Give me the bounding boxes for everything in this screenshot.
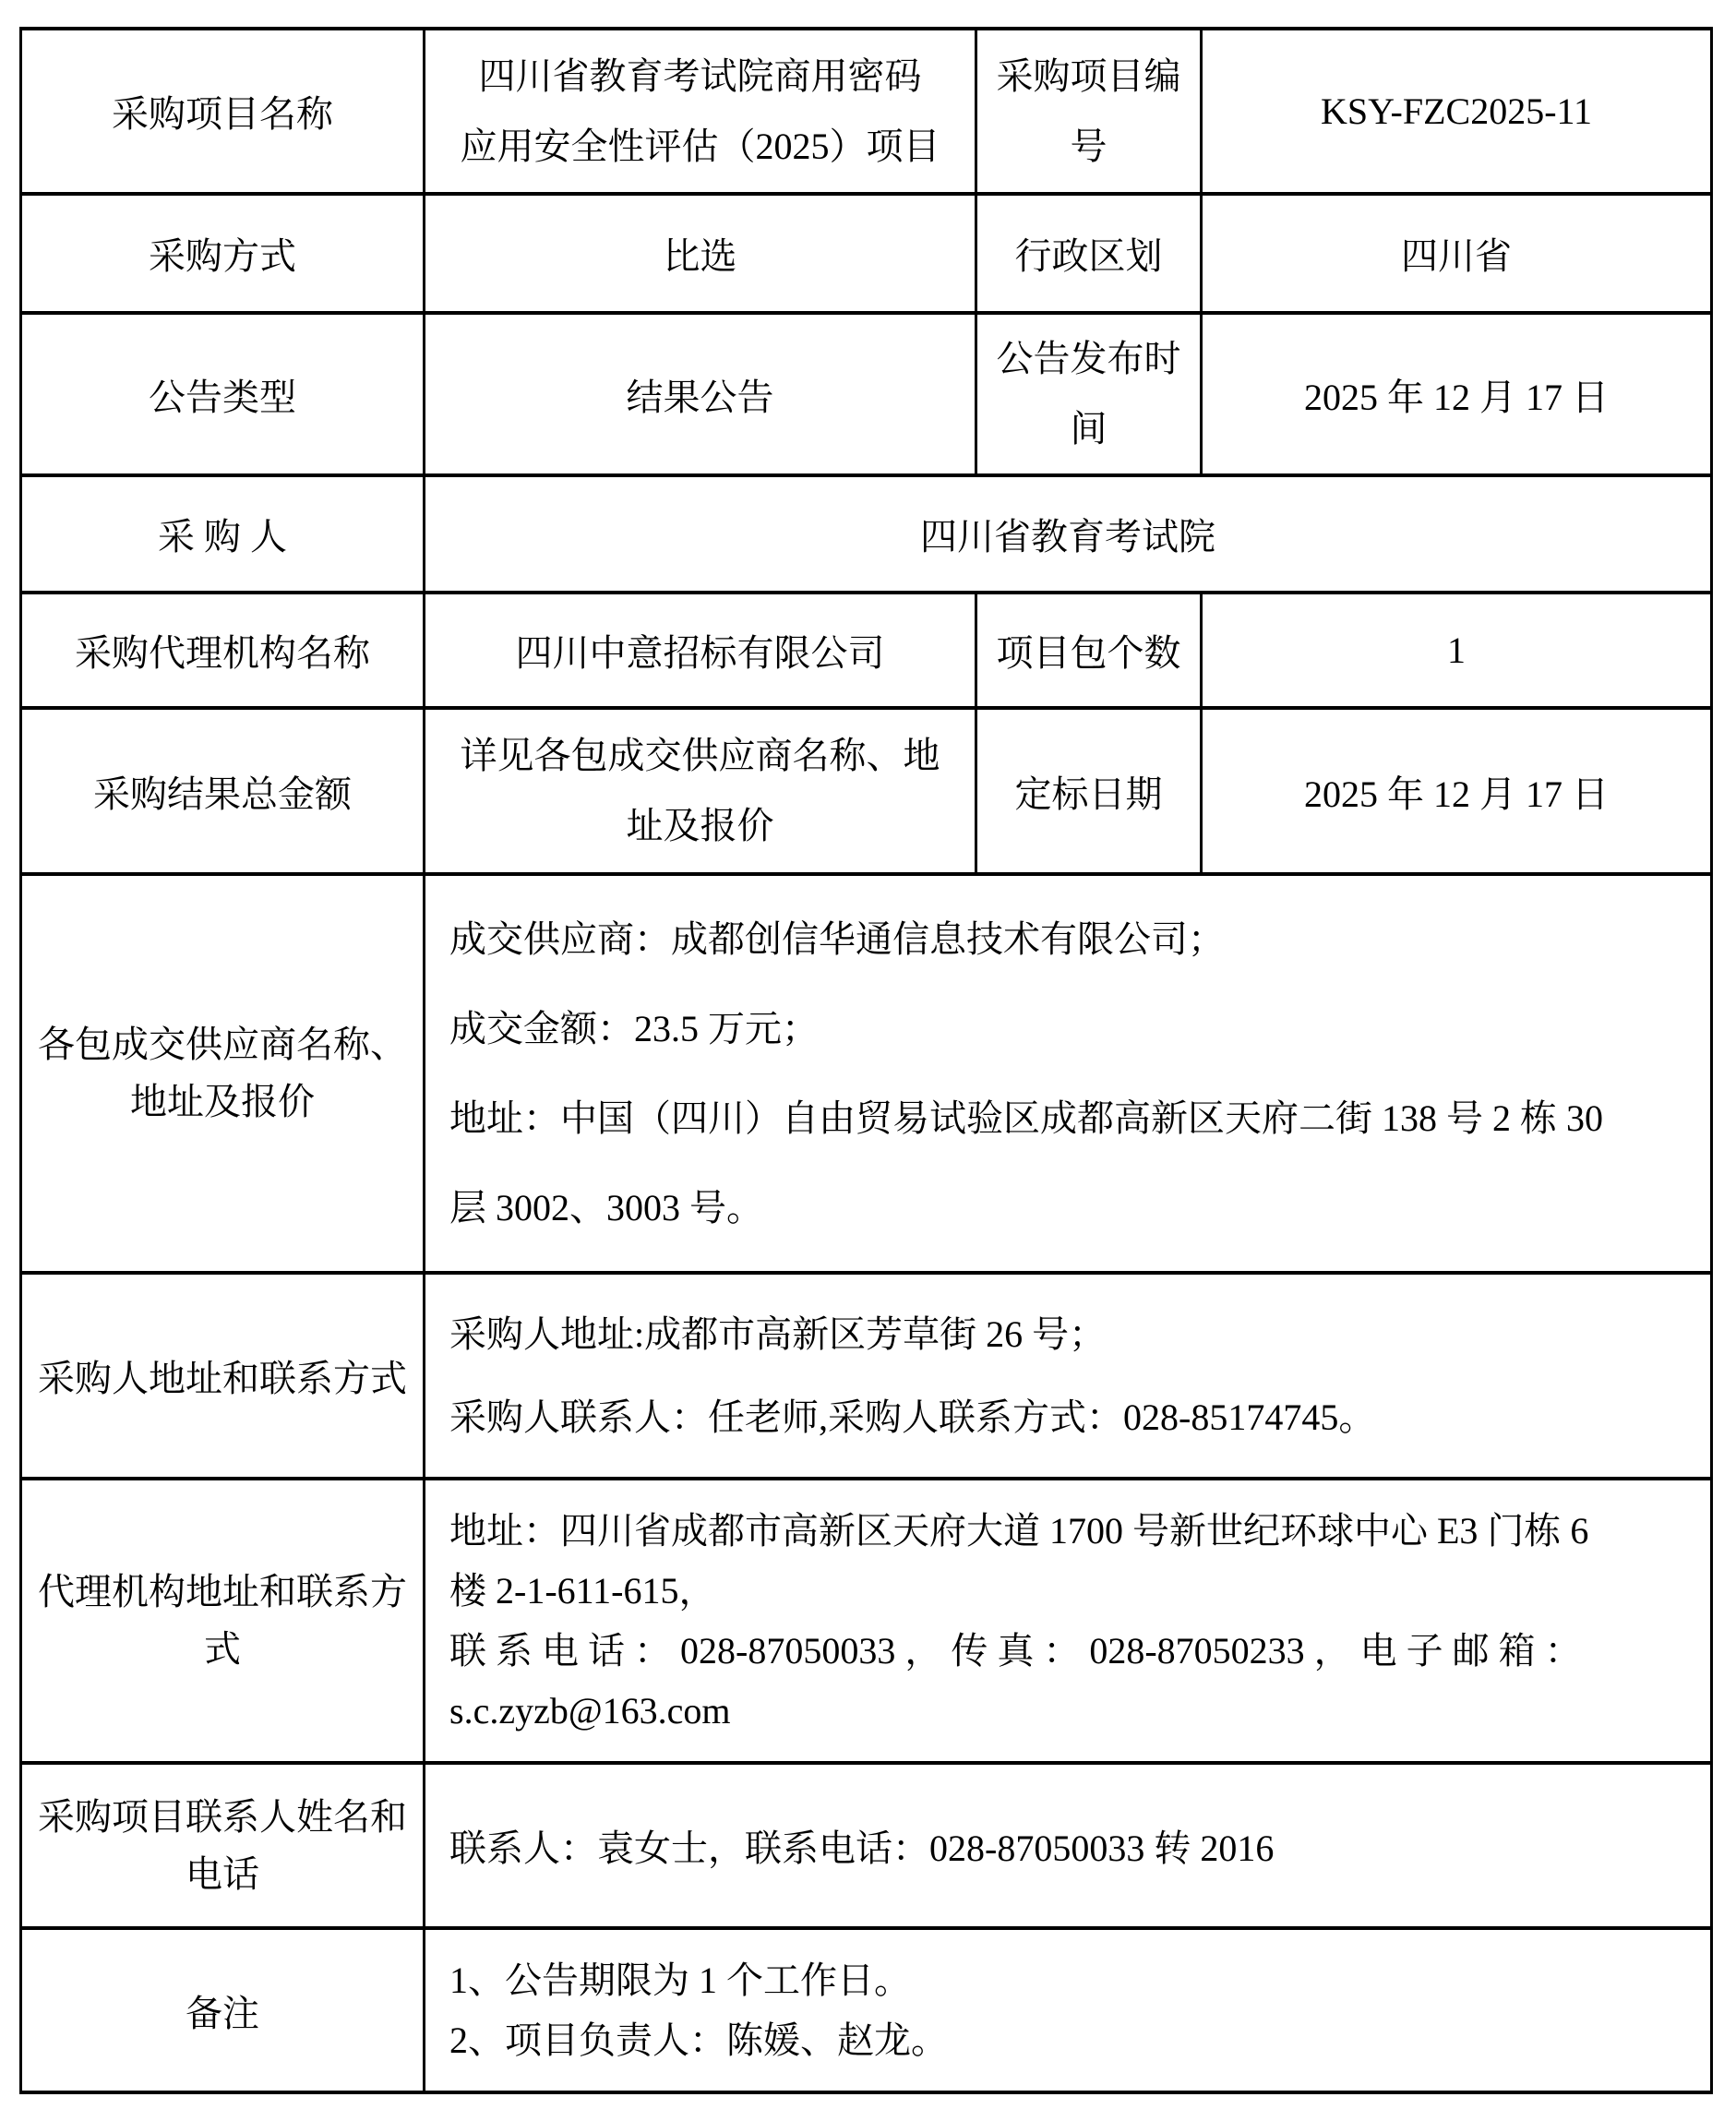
text-line: 采购项目联系人姓名和	[22, 1789, 423, 1846]
text-line: 联系人：袁女士，联系电话：028-87050033 转 2016	[449, 1819, 1699, 1872]
text-line: 成交金额：23.5 万元；	[449, 984, 1699, 1073]
text-line: 公告发布时	[977, 324, 1200, 394]
package-count-label: 项目包个数	[976, 593, 1202, 708]
agency-name-label: 采购代理机构名称	[21, 593, 425, 708]
table-row: 采购结果总金额 详见各包成交供应商名称、地 址及报价 定标日期 2025 年 1…	[21, 708, 1712, 874]
total-amount-value: 详见各包成交供应商名称、地 址及报价	[425, 708, 976, 874]
remarks-content: 1、公告期限为 1 个工作日。 2、项目负责人：陈媛、赵龙。	[425, 1928, 1712, 2092]
procurement-method-label: 采购方式	[21, 194, 425, 313]
purchaser-contact-content: 采购人地址:成都市高新区芳草街 26 号； 采购人联系人：任老师,采购人联系方式…	[425, 1273, 1712, 1479]
table-row: 各包成交供应商名称、 地址及报价 成交供应商：成都创信华通信息技术有限公司； 成…	[21, 874, 1712, 1273]
procurement-method-value: 比选	[425, 194, 976, 313]
project-contact-label: 采购项目联系人姓名和 电话	[21, 1763, 425, 1928]
table-row: 代理机构地址和联系方 式 地址：四川省成都市高新区天府大道 1700 号新世纪环…	[21, 1479, 1712, 1763]
table-row: 公告类型 结果公告 公告发布时 间 2025 年 12 月 17 日	[21, 313, 1712, 475]
text-line: 楼 2-1-611-615，	[449, 1561, 1699, 1621]
project-number-label: 采购项目编 号	[976, 29, 1202, 194]
project-number-value: KSY-FZC2025-11	[1202, 29, 1712, 194]
remarks-label: 备注	[21, 1928, 425, 2092]
text-line: 号	[977, 112, 1200, 182]
project-name-value: 四川省教育考试院商用密码 应用安全性评估（2025）项目	[425, 29, 976, 194]
procurement-result-table: 采购项目名称 四川省教育考试院商用密码 应用安全性评估（2025）项目 采购项目…	[19, 27, 1713, 2094]
text-line: 代理机构地址和联系方	[22, 1564, 423, 1621]
table-row: 采购方式 比选 行政区划 四川省	[21, 194, 1712, 313]
project-contact-content: 联系人：袁女士，联系电话：028-87050033 转 2016	[425, 1763, 1712, 1928]
table-row: 采购代理机构名称 四川中意招标有限公司 项目包个数 1	[21, 593, 1712, 708]
total-amount-label: 采购结果总金额	[21, 708, 425, 874]
package-count-value: 1	[1202, 593, 1712, 708]
agency-contact-label: 代理机构地址和联系方 式	[21, 1479, 425, 1763]
text-line: 式	[22, 1621, 423, 1678]
table-row: 采 购 人 四川省教育考试院	[21, 475, 1712, 593]
text-line: 2、项目负责人：陈媛、赵龙。	[449, 2010, 1699, 2070]
text-line: 联 系 电 话 ： 028-87050033 ， 传 真 ： 028-87050…	[449, 1621, 1699, 1681]
publish-date-value: 2025 年 12 月 17 日	[1202, 313, 1712, 475]
text-line: 电话	[22, 1846, 423, 1903]
text-line: 应用安全性评估（2025）项目	[425, 112, 975, 182]
text-line: 地址：中国（四川）自由贸易试验区成都高新区天府二街 138 号 2 栋 30	[449, 1073, 1699, 1163]
project-name-label: 采购项目名称	[21, 29, 425, 194]
text-line: 地址及报价	[22, 1073, 423, 1131]
table-row: 备注 1、公告期限为 1 个工作日。 2、项目负责人：陈媛、赵龙。	[21, 1928, 1712, 2092]
purchaser-label: 采 购 人	[21, 475, 425, 593]
purchaser-contact-label: 采购人地址和联系方式	[21, 1273, 425, 1479]
text-line: 成交供应商：成都创信华通信息技术有限公司；	[449, 894, 1699, 984]
purchaser-value: 四川省教育考试院	[425, 475, 1712, 593]
text-line: 采购项目编	[977, 42, 1200, 112]
announcement-type-label: 公告类型	[21, 313, 425, 475]
text-line: 层 3002、3003 号。	[449, 1163, 1699, 1252]
package-result-label: 各包成交供应商名称、 地址及报价	[21, 874, 425, 1273]
agency-name-value: 四川中意招标有限公司	[425, 593, 976, 708]
text-line: 址及报价	[425, 791, 975, 861]
text-line: 各包成交供应商名称、	[22, 1016, 423, 1073]
text-line: 采购人地址:成都市高新区芳草街 26 号；	[449, 1293, 1699, 1376]
text-line: 地址：四川省成都市高新区天府大道 1700 号新世纪环球中心 E3 门栋 6	[449, 1501, 1699, 1561]
table-row: 采购项目联系人姓名和 电话 联系人：袁女士，联系电话：028-87050033 …	[21, 1763, 1712, 1928]
publish-date-label: 公告发布时 间	[976, 313, 1202, 475]
package-result-content: 成交供应商：成都创信华通信息技术有限公司； 成交金额：23.5 万元； 地址：中…	[425, 874, 1712, 1273]
award-date-label: 定标日期	[976, 708, 1202, 874]
text-line: 详见各包成交供应商名称、地	[425, 721, 975, 791]
announcement-type-value: 结果公告	[425, 313, 976, 475]
text-line: 四川省教育考试院商用密码	[425, 42, 975, 112]
table-row: 采购人地址和联系方式 采购人地址:成都市高新区芳草街 26 号； 采购人联系人：…	[21, 1273, 1712, 1479]
text-line: 1、公告期限为 1 个工作日。	[449, 1950, 1699, 2010]
agency-contact-content: 地址：四川省成都市高新区天府大道 1700 号新世纪环球中心 E3 门栋 6 楼…	[425, 1479, 1712, 1763]
text-line: 间	[977, 394, 1200, 464]
procurement-announcement-page: 采购项目名称 四川省教育考试院商用密码 应用安全性评估（2025）项目 采购项目…	[0, 0, 1736, 2121]
text-line: s.c.zyzb@163.com	[449, 1681, 1699, 1741]
table-row: 采购项目名称 四川省教育考试院商用密码 应用安全性评估（2025）项目 采购项目…	[21, 29, 1712, 194]
award-date-value: 2025 年 12 月 17 日	[1202, 708, 1712, 874]
admin-region-value: 四川省	[1202, 194, 1712, 313]
text-line: 采购人联系人：任老师,采购人联系方式：028-85174745。	[449, 1376, 1699, 1459]
admin-region-label: 行政区划	[976, 194, 1202, 313]
